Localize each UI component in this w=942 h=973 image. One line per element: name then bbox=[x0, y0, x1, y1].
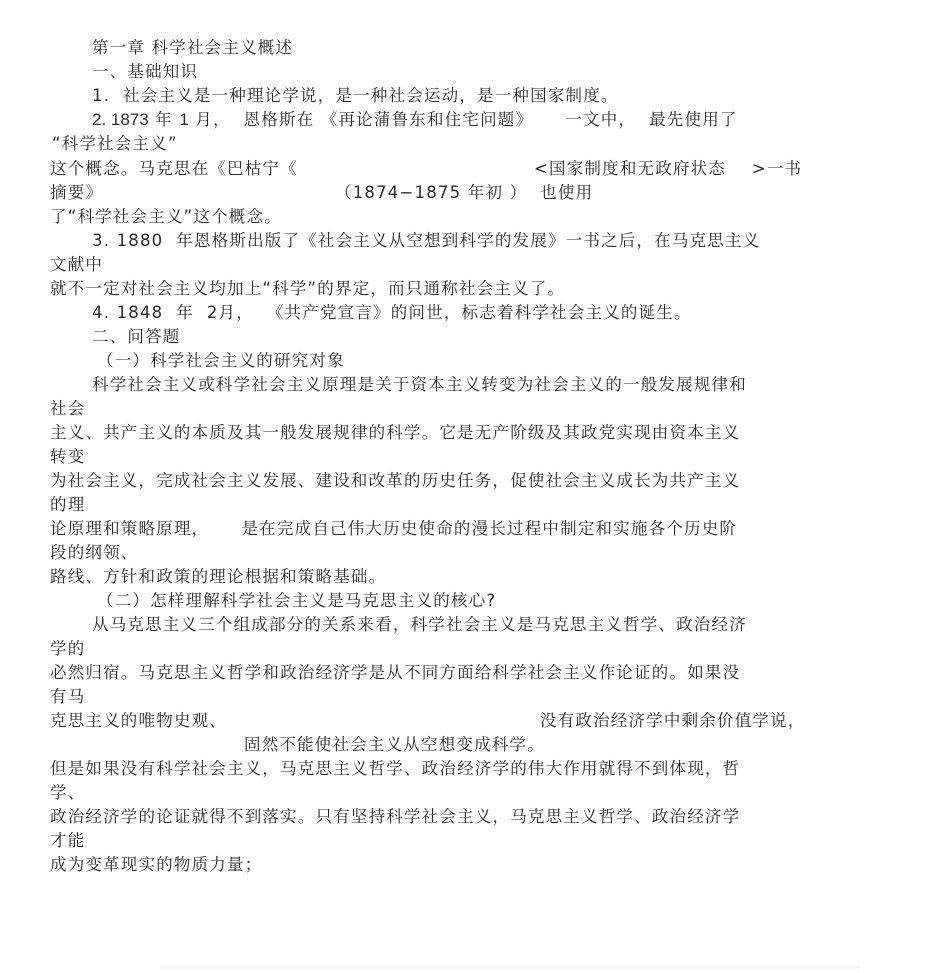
item-2-line-2: “科学社会主义” bbox=[52, 133, 178, 155]
q1-line: 的理 bbox=[50, 494, 85, 516]
q2-line: 成为变革现实的物质力量； bbox=[50, 854, 262, 876]
q2-line: 但是如果没有科学社会主义，马克思主义哲学、政治经济学的伟大作用就得不到体现，哲 bbox=[50, 758, 740, 780]
item-2-year-label: 年 bbox=[149, 110, 180, 129]
cut-off-next-line bbox=[160, 966, 860, 972]
item-2-line-3b: <国家制度和无政府状态 >一书 bbox=[534, 158, 802, 180]
q1-line: 主义、共产主义的本质及其一般发展规律的科学。它是无产阶级及其政党实现由资本主义 bbox=[50, 422, 740, 444]
item-1: 1. 社会主义是一种理论学说，是一种社会运动，是一种国家制度。 bbox=[92, 85, 619, 107]
q2-line: 有马 bbox=[50, 686, 85, 708]
q1-line: 科学社会主义或科学社会主义原理是关于资本主义转变为社会主义的一般发展规律和 bbox=[92, 374, 747, 396]
document-page: 第一章 科学社会主义概述 一、基础知识 1. 社会主义是一种理论学说，是一种社会… bbox=[0, 0, 942, 973]
section-title-basic-knowledge: 一、基础知识 bbox=[92, 61, 198, 83]
item-3-line-1: 3. 1880 年恩格斯出版了《社会主义从空想到科学的发展》一书之后，在马克思主… bbox=[92, 230, 760, 252]
q2-line: 学、 bbox=[50, 782, 85, 804]
item-4: 4. 1848 年 2月， 《共产党宣言》的问世，标志着科学社会主义的诞生。 bbox=[92, 302, 692, 324]
item-2-month-number: 1 bbox=[179, 110, 188, 129]
q1-line: 路线、方针和政策的理论根据和策略基础。 bbox=[50, 566, 386, 588]
q2-line: 才能 bbox=[50, 830, 85, 852]
item-2-line-5: 了“科学社会主义”这个概念。 bbox=[50, 206, 282, 228]
question-1-title: （一）科学社会主义的研究对象 bbox=[97, 350, 345, 372]
q2-line: 政治经济学的论证就得不到落实。只有坚持科学社会主义，马克思主义哲学、政治经济学 bbox=[50, 806, 740, 828]
q2-line: 克思主义的唯物史观、 bbox=[50, 710, 227, 732]
item-2-text: 月， 恩格斯在 《再论蒲鲁东和住宅问题》 一文中， 最先使用了 bbox=[189, 110, 738, 129]
q1-line: 为社会主义，完成社会主义发展、建设和改革的历史任务，促使社会主义成长为共产主义 bbox=[50, 470, 740, 492]
item-2-line-1: 2. 1873 年 1 月， 恩格斯在 《再论蒲鲁东和住宅问题》 一文中， 最先… bbox=[92, 109, 738, 131]
q2-line: 学的 bbox=[50, 638, 85, 660]
item-3-line-3: 就不一定对社会主义均加上“科学”的界定，而只通称社会主义了。 bbox=[50, 278, 565, 300]
item-2-line-4a: 摘要》 bbox=[50, 182, 103, 204]
q2-line: 必然归宿。马克思主义哲学和政治经济学是从不同方面给科学社会主义作论证的。如果没 bbox=[50, 662, 740, 684]
q2-line: 从马克思主义三个组成部分的关系来看，科学社会主义是马克思主义哲学、政治经济 bbox=[92, 614, 747, 636]
item-2-line-3a: 这个概念。马克思在《巴枯宁《 bbox=[50, 158, 298, 180]
q2-line: 没有政治经济学中剩余价值学说， bbox=[540, 710, 806, 732]
item-2-number-year: 2. 1873 bbox=[92, 110, 149, 129]
chapter-title: 第一章 科学社会主义概述 bbox=[92, 37, 293, 59]
q1-line: 转变 bbox=[50, 446, 85, 468]
q1-line: 段的纲领、 bbox=[50, 542, 139, 564]
item-2-line-4b: （1874−1875 年初 ） 也使用 bbox=[335, 182, 593, 204]
q1-line: 社会 bbox=[50, 398, 85, 420]
q1-line: 论原理和策略原理， 是在完成自己伟大历史使命的漫长过程中制定和实施各个历史阶 bbox=[50, 518, 737, 540]
item-3-line-2: 文献中 bbox=[50, 254, 103, 276]
question-2-title: （二）怎样理解科学社会主义是马克思主义的核心? bbox=[97, 590, 496, 612]
section-title-qa: 二、问答题 bbox=[92, 326, 181, 348]
q2-line: 固然不能使社会主义从空想变成科学。 bbox=[244, 734, 545, 756]
